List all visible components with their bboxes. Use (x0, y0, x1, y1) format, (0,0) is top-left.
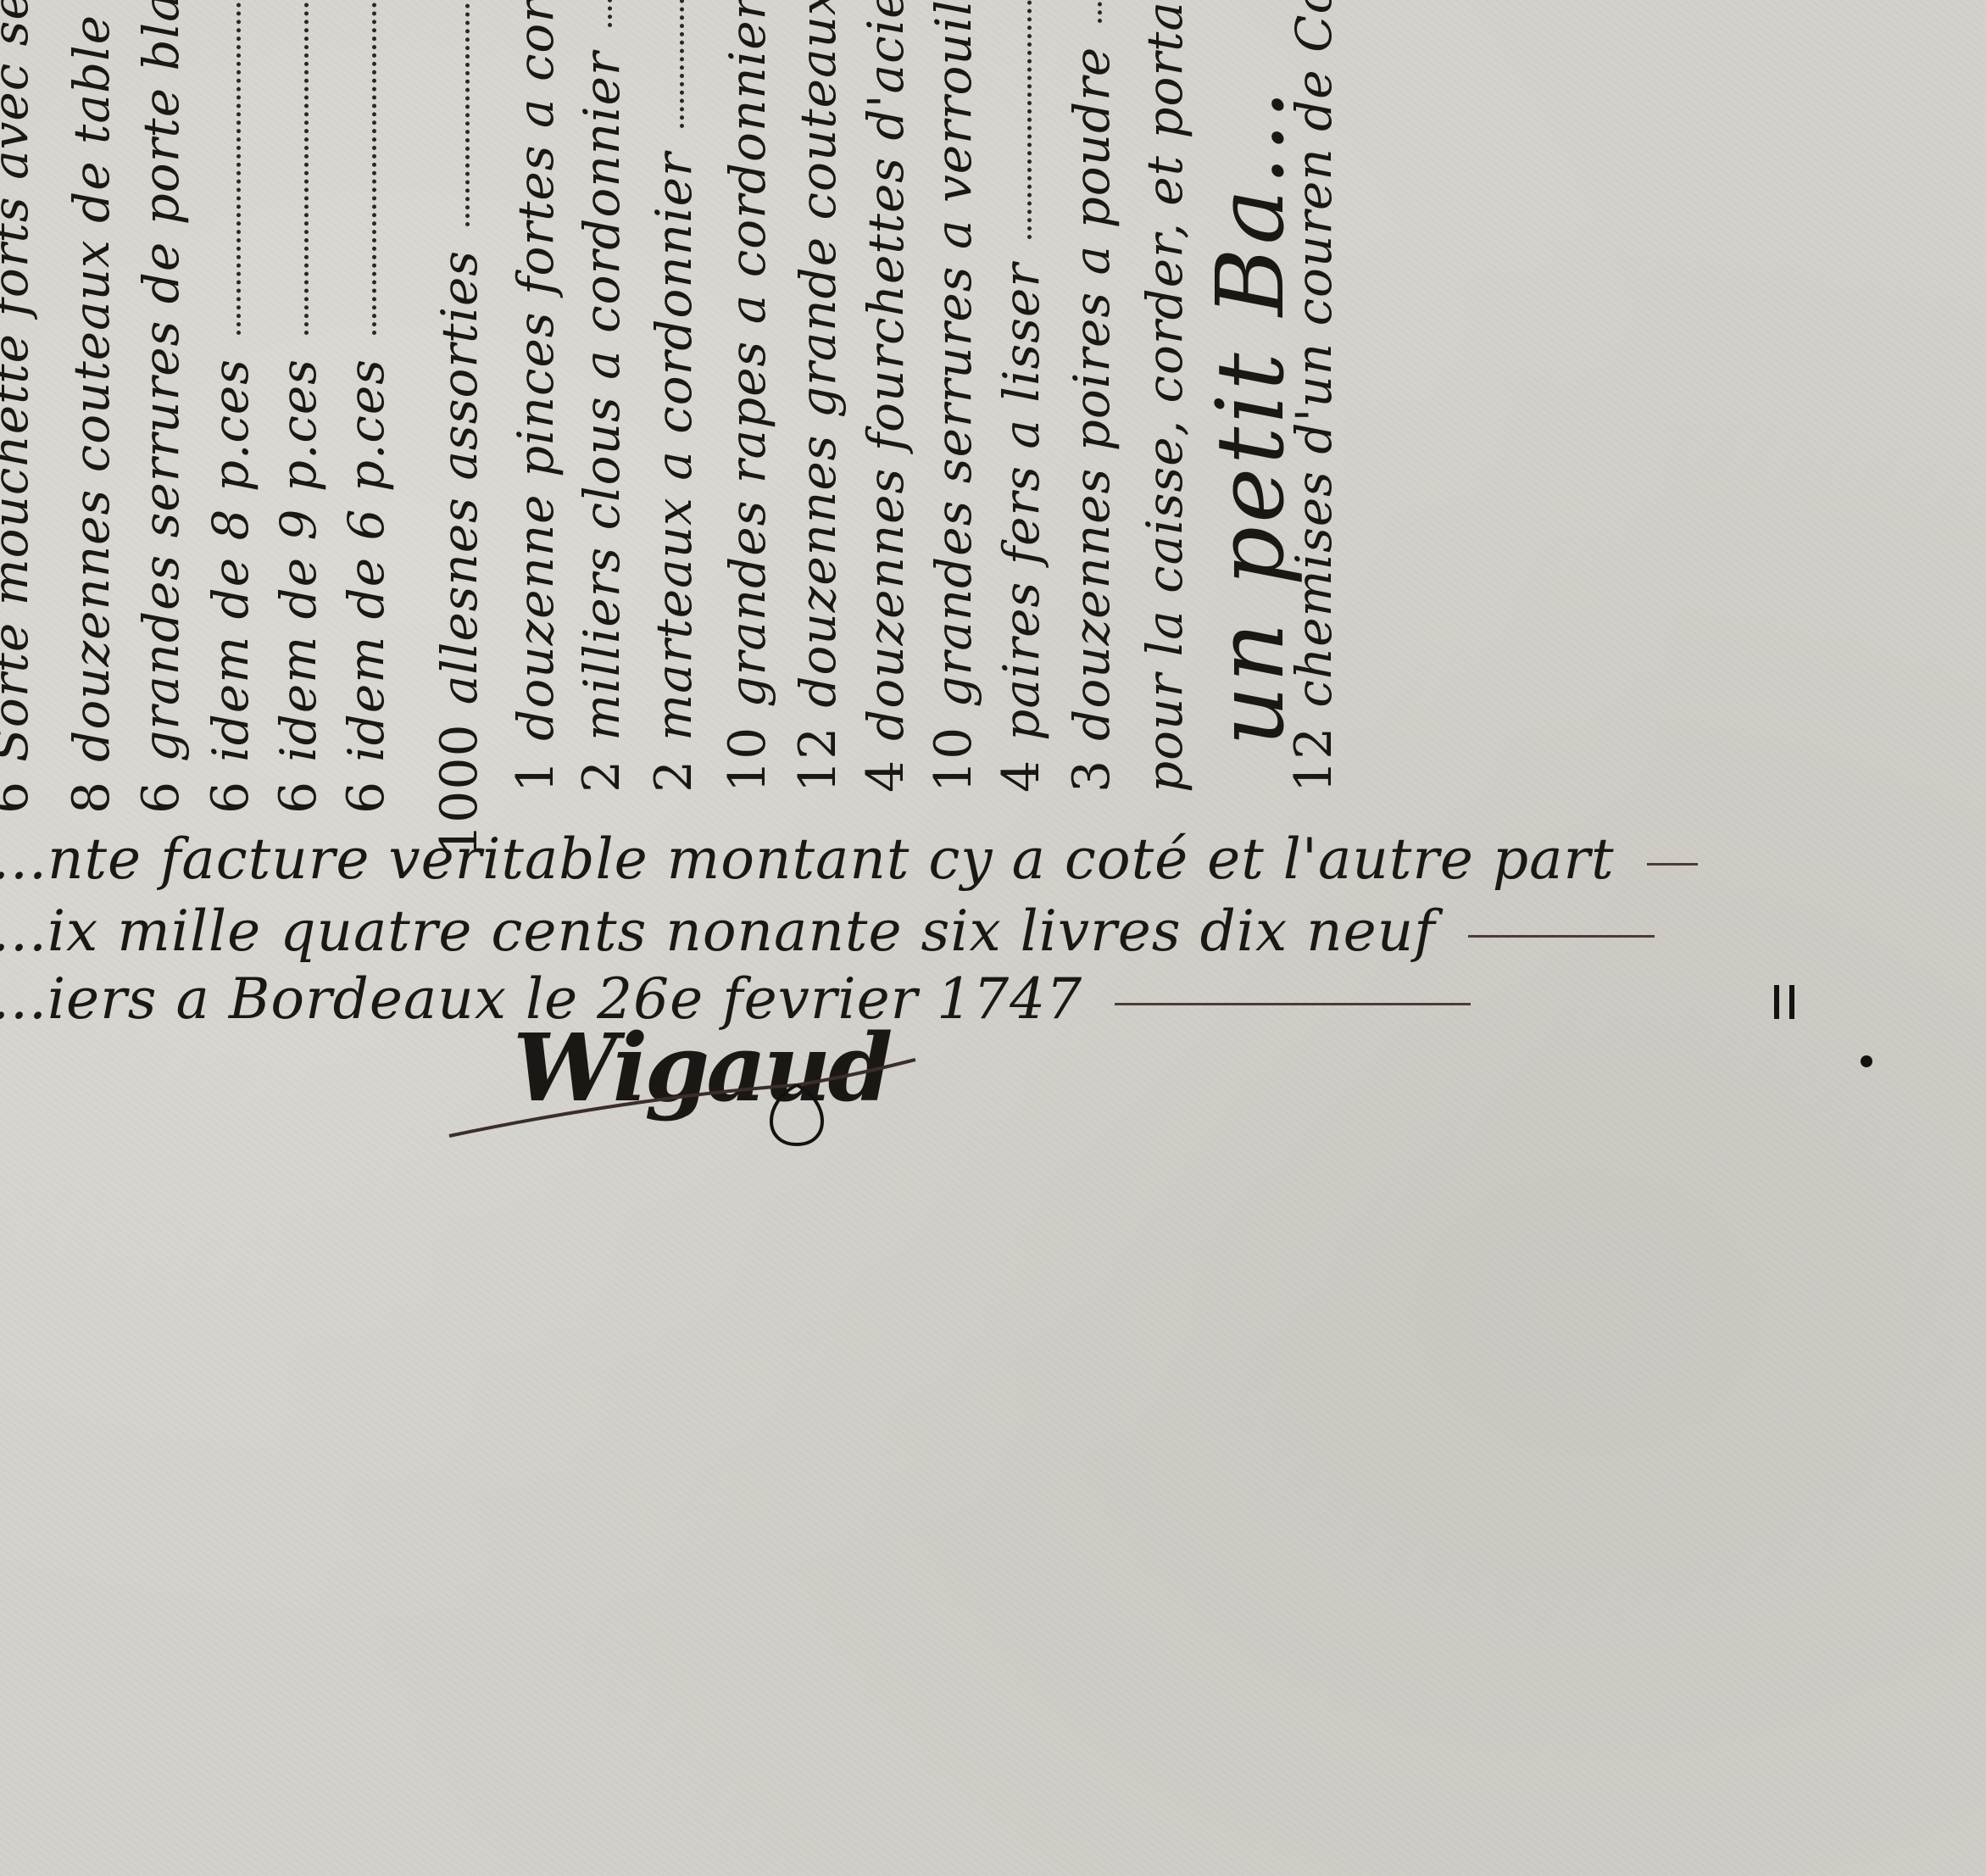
item-text: douzennes fourchettes d'acier (861, 0, 910, 741)
item-qty: 12 (793, 726, 843, 793)
item-text: idem de 6 p.ces (342, 359, 391, 762)
line-item: 6 idem de 9 p.ces (273, 0, 324, 814)
line-item: 6 idem de 8 p.ces (205, 0, 256, 814)
item-text: paires fers a lisser (997, 263, 1046, 741)
item-text: idem de 9 p.ces (274, 359, 323, 762)
leader-dots (1022, 0, 1032, 239)
line-item: 12 douzennes grande couteaux amanche (793, 0, 843, 793)
leader-dots (299, 0, 309, 335)
leader-dots (460, 0, 470, 226)
item-qty: 1 (510, 760, 561, 793)
line-item: 10 grandes serrures a verrouil (928, 0, 979, 793)
item-qty: 4 (860, 760, 911, 793)
item-qty: 2 (576, 760, 627, 793)
item-text: chemises d'un couren de Col... (1289, 0, 1338, 708)
line-item: 1000 allesnes assorties (434, 0, 485, 856)
line-item: 2 marteaux a cordonnier (648, 0, 699, 793)
line-item: pour la caisse, corder, et porta... (1140, 0, 1189, 793)
line-item: 4 douzennes fourchettes d'acier (860, 0, 911, 793)
line-item: 1 douzenne pinces fortes a cordonnier (510, 0, 561, 793)
item-qty: 6 (205, 781, 256, 814)
item-qty: 10 (928, 726, 979, 793)
item-qty: 10 (722, 726, 773, 793)
item-qty: 2 (648, 760, 699, 793)
closing-line-2: ...ix mille quatre cents nonante six liv… (0, 899, 1655, 964)
item-text: Sorte mouchette forts avec ses mo... (0, 0, 35, 762)
item-text: douzenne pinces fortes a cordonnier (511, 0, 560, 741)
line-rule (1647, 863, 1698, 866)
item-text: douzennes couteaux de table (67, 14, 116, 762)
item-text: grandes rapes a cordonnier (723, 0, 772, 708)
item-qty: 3 (1066, 760, 1117, 793)
leader-dots (367, 0, 376, 335)
item-qty: 6 (0, 781, 36, 814)
closing-line-1: ...nte facture veritable montant cy a co… (0, 827, 1698, 892)
item-qty: 6 (136, 781, 186, 814)
signature-underline-icon (441, 1051, 1119, 1187)
line-rule (1468, 935, 1655, 938)
item-text: milliers clous a cordonnier (577, 51, 626, 740)
line-item: 10 grandes rapes a cordonnier (722, 0, 773, 793)
double-bar-mark (1774, 985, 1794, 1019)
line-item: 6 Sorte mouchette forts avec ses mo... (0, 0, 36, 814)
line-item: 6 idem de 6 p.ces (341, 0, 392, 814)
item-qty: 6 (273, 781, 324, 814)
item-qty: 6 (341, 781, 392, 814)
item-text: douzennes grande couteaux amanche (793, 0, 843, 708)
closing-text: ...nte facture veritable montant cy a co… (0, 827, 1615, 892)
line-rule (1115, 1003, 1471, 1005)
item-text: grandes serrures a verrouil (929, 0, 978, 708)
item-qty: 8 (66, 781, 117, 814)
line-item: 8 douzennes couteaux de table (66, 0, 117, 814)
item-qty: 4 (996, 760, 1047, 793)
line-item: 12 chemises d'un couren de Col... (1288, 0, 1339, 793)
item-text: grandes serrures de porte blanche (136, 0, 186, 762)
leader-dots (675, 0, 684, 128)
document-page: 6 Sorte mouchette forts avec ses mo... 8… (0, 0, 1986, 1876)
item-text: allesnes assorties (435, 250, 484, 704)
heading-text: un petit Ba... (1204, 86, 1297, 746)
line-item: 2 milliers clous a cordonnier (576, 0, 627, 793)
line-item: 6 grandes serrures de porte blanche (136, 0, 186, 814)
leader-dots (1093, 0, 1102, 23)
closing-text: ...ix mille quatre cents nonante six liv… (0, 899, 1436, 964)
ink-dot (1861, 1055, 1872, 1067)
line-item: 3 douzennes poires a poudre (1066, 0, 1117, 793)
item-text: marteaux a cordonnier (649, 152, 698, 741)
line-item: 4 paires fers a lisser (996, 0, 1047, 793)
leader-dots (231, 0, 241, 335)
item-text: idem de 8 p.ces (206, 359, 255, 762)
item-text: douzennes poires a poudre (1067, 47, 1116, 741)
item-text: pour la caisse, corder, et porta... (1140, 0, 1189, 793)
item-qty: 12 (1288, 726, 1339, 793)
section-heading: un petit Ba... (1204, 86, 1297, 746)
leader-dots (603, 0, 612, 27)
